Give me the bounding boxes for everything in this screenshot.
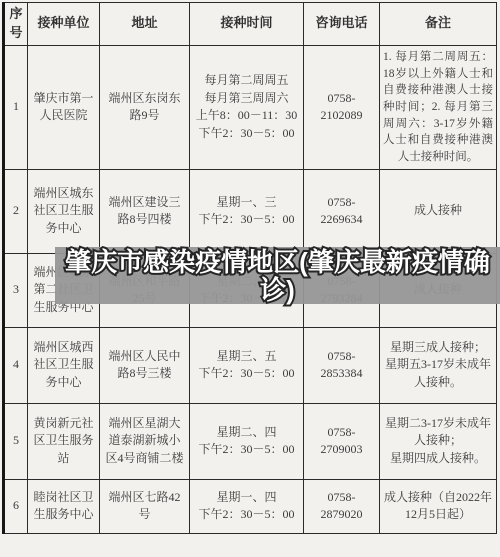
header-time: 接种时间 xyxy=(190,3,304,46)
cell-phone: 0758- 2879020 xyxy=(304,479,380,533)
cell-note: 星期二3-17岁未成年人接种； 星期四成人接种。 xyxy=(380,403,497,479)
cell-addr: 端州区东岗东路9号 xyxy=(100,45,190,169)
table-row: 6 睦岗社区卫生服务中心 端州区七路42号 星期一、四 下午2：30－5：00 … xyxy=(4,479,497,533)
cell-addr: 端州区建设三路8号四楼 xyxy=(100,169,190,253)
table-row: 5 黄岗新元社区卫生服务站 端州区星湖大道泰湖新城小区4号商铺二楼 星期二、四 … xyxy=(4,403,497,479)
cell-no: 1 xyxy=(4,45,28,169)
header-addr: 地址 xyxy=(100,3,190,46)
cell-time: 星期二、四 下午2：30－5：00 xyxy=(190,403,304,479)
cell-note: 成人接种 xyxy=(380,169,497,253)
header-unit: 接种单位 xyxy=(28,3,100,46)
cell-unit: 睦岗社区卫生服务中心 xyxy=(28,479,100,533)
cell-addr: 端州区星湖大道泰湖新城小区4号商铺二楼 xyxy=(100,403,190,479)
cell-note: 1. 每月第二周周五：18岁以上外籍人士和自费接种港澳人士接种时间；2. 每月第… xyxy=(380,45,497,169)
table-row: 2 端州区城东社区卫生服务中心 端州区建设三路8号四楼 星期一、三 下午2：30… xyxy=(4,169,497,253)
header-note: 备注 xyxy=(380,3,497,46)
cell-unit: 黄岗新元社区卫生服务站 xyxy=(28,403,100,479)
cell-addr: 端州区七路42号 xyxy=(100,479,190,533)
cell-time: 每月第二周周五 每月第三周周六 上午8：00－11：30 下午2：30－5：00 xyxy=(190,45,304,169)
watermark-title-text: 肇庆市感染疫情地区(肇庆最新疫情确诊) xyxy=(59,248,496,304)
header-phone: 咨询电话 xyxy=(304,3,380,46)
cell-time: 星期三、五 下午2：30－5：00 xyxy=(190,327,304,403)
cell-unit: 肇庆市第一人民医院 xyxy=(28,45,100,169)
cell-no: 4 xyxy=(4,327,28,403)
table-row: 1 肇庆市第一人民医院 端州区东岗东路9号 每月第二周周五 每月第三周周六 上午… xyxy=(4,45,497,169)
cell-note: 成人接种（自2022年12月5日起） xyxy=(380,479,497,533)
watermark-title-banner: 肇庆市感染疫情地区(肇庆最新疫情确诊) xyxy=(55,247,500,304)
cell-note: 星期三成人接种； 星期五3-17岁未成年人接种。 xyxy=(380,327,497,403)
cell-phone: 0758- 2853384 xyxy=(304,327,380,403)
header-no: 序号 xyxy=(4,3,28,46)
cell-no: 5 xyxy=(4,403,28,479)
cell-time: 星期一、四 下午2：30－5：00 xyxy=(190,479,304,533)
cell-no: 6 xyxy=(4,479,28,533)
cell-no: 3 xyxy=(4,253,28,327)
table-header-row: 序号 接种单位 地址 接种时间 咨询电话 备注 xyxy=(4,3,497,46)
cell-unit: 端州区城东社区卫生服务中心 xyxy=(28,169,100,253)
cell-phone: 0758- 2709003 xyxy=(304,403,380,479)
cell-unit: 端州区城西社区卫生服务中心 xyxy=(28,327,100,403)
cell-addr: 端州区人民中路8号三楼 xyxy=(100,327,190,403)
table-row: 4 端州区城西社区卫生服务中心 端州区人民中路8号三楼 星期三、五 下午2：30… xyxy=(4,327,497,403)
cell-phone: 0758- 2102089 xyxy=(304,45,380,169)
cell-time: 星期一、三 下午2：30－5：00 xyxy=(190,169,304,253)
cell-phone: 0758- 2269634 xyxy=(304,169,380,253)
cell-no: 2 xyxy=(4,169,28,253)
